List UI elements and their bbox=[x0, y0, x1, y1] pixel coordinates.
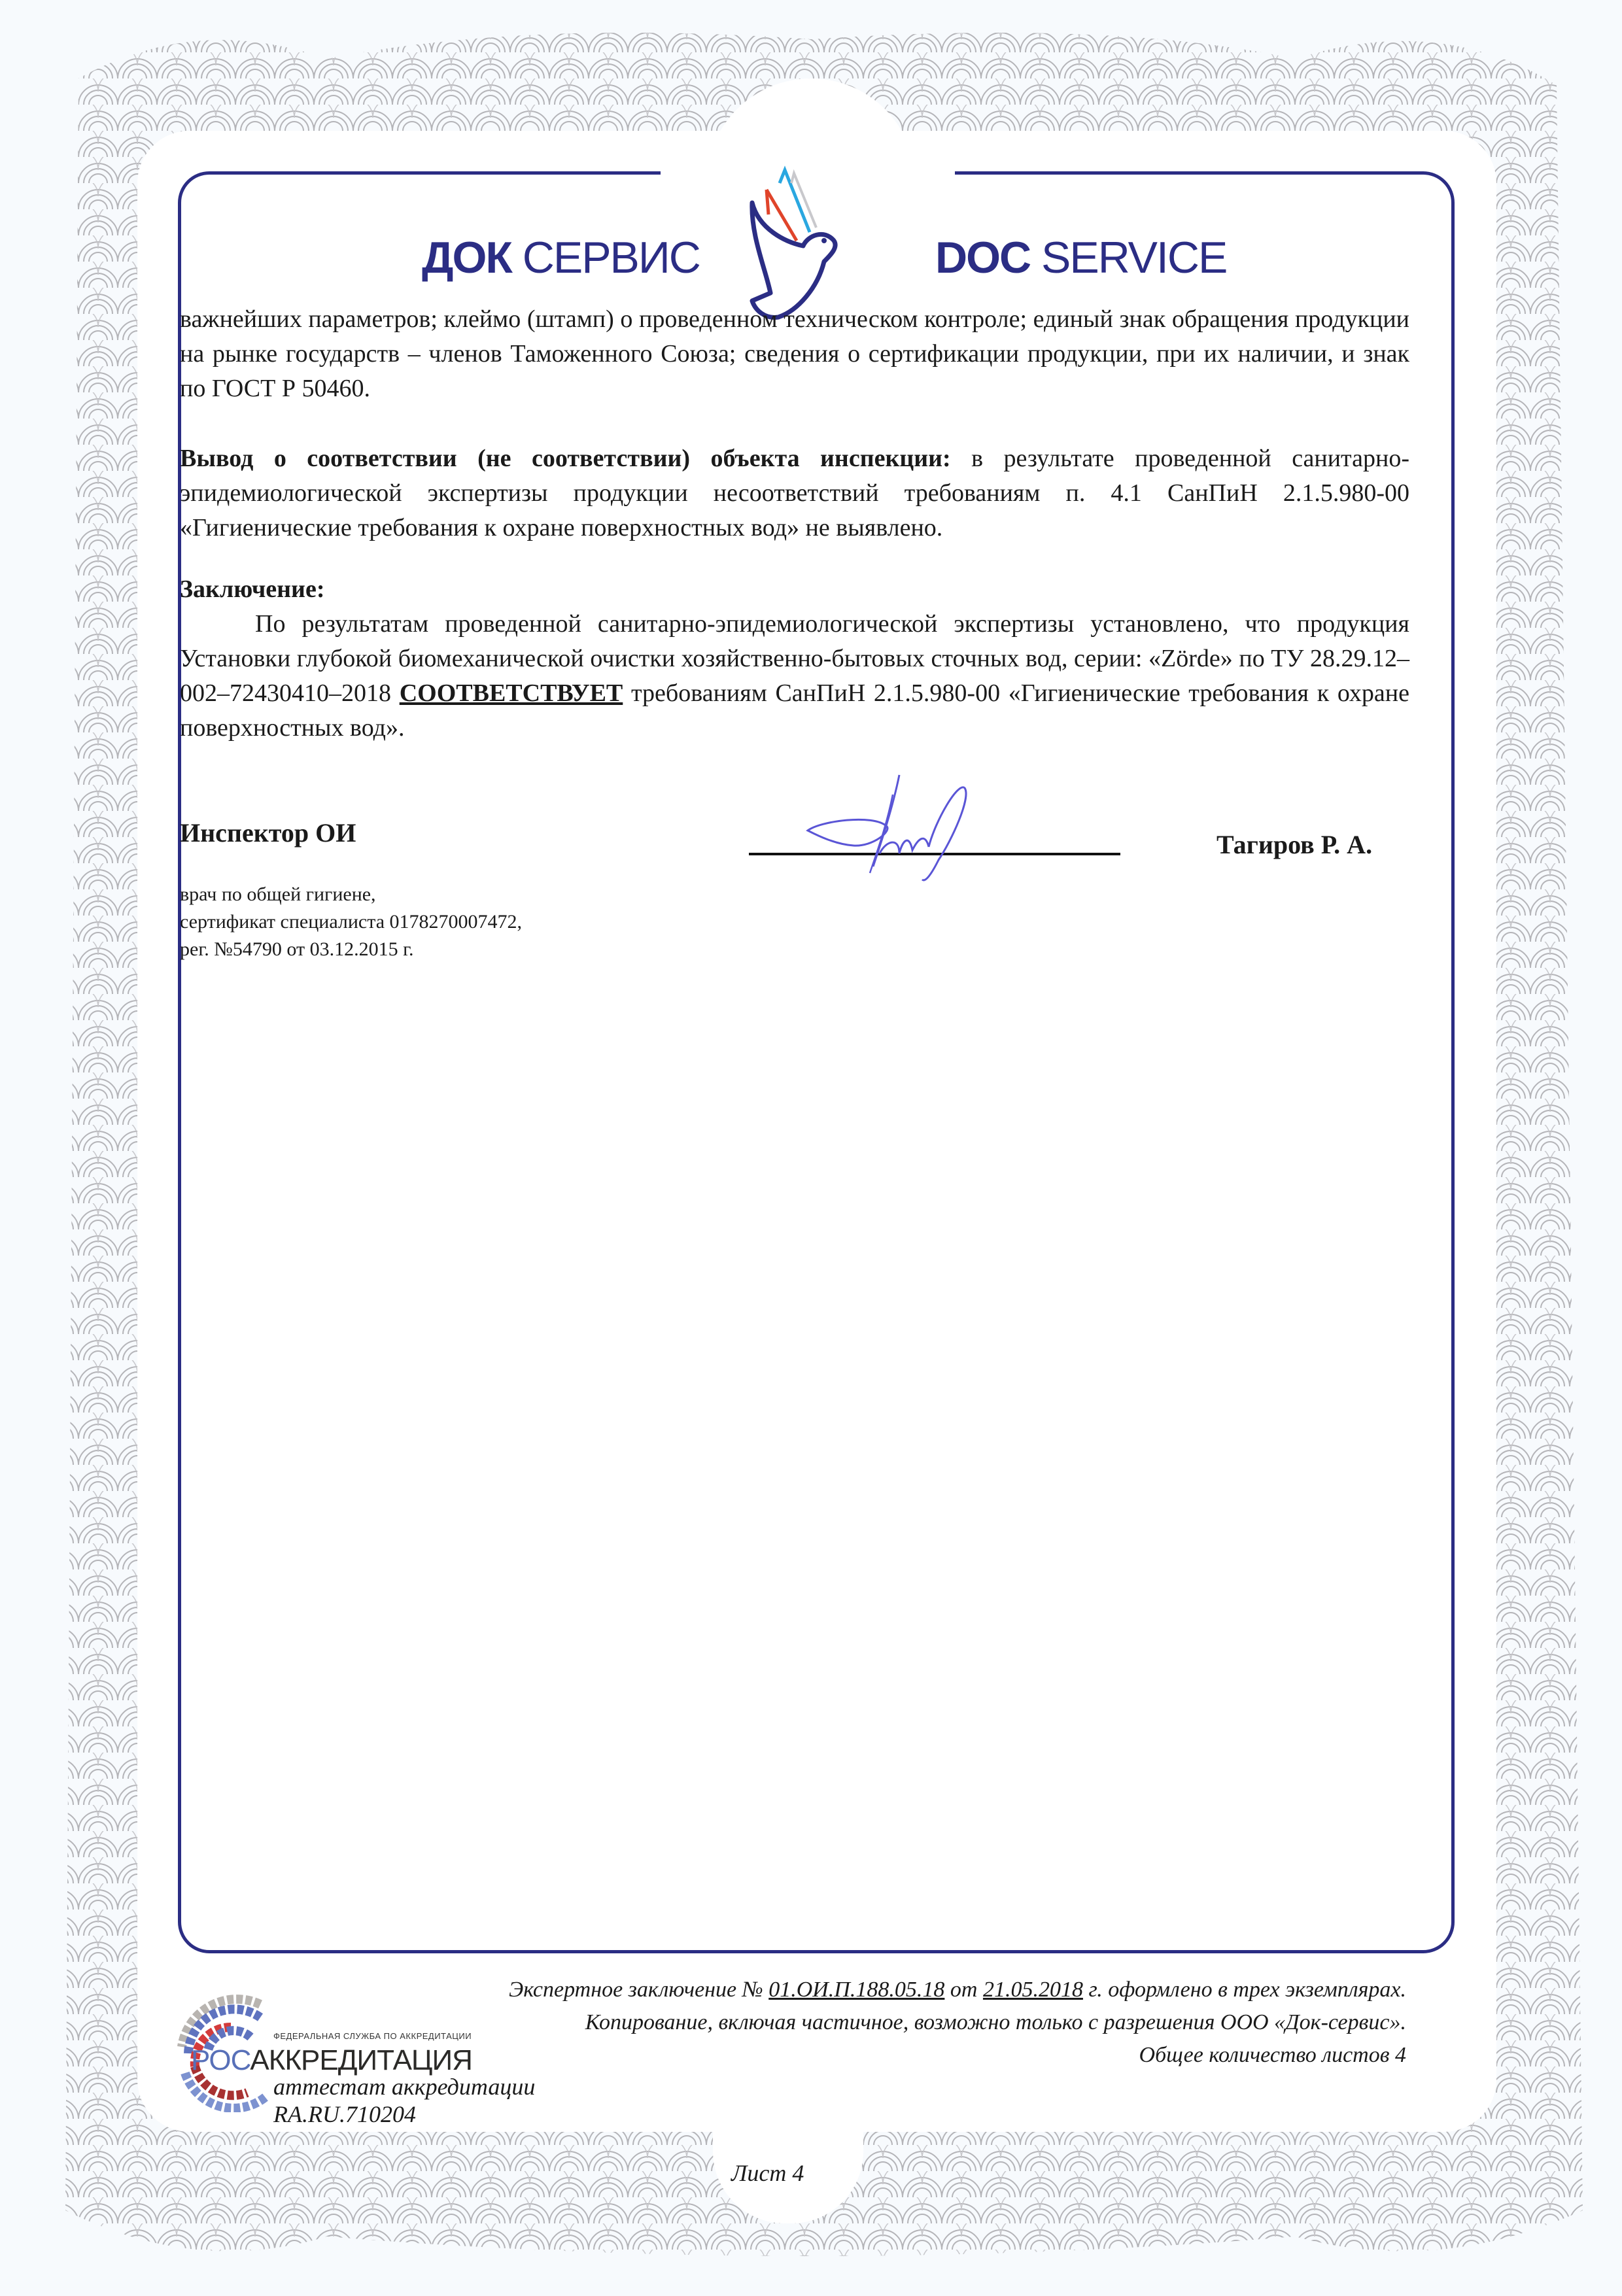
document-date: 21.05.2018 bbox=[983, 1978, 1083, 2002]
conclusion-heading: Заключение: bbox=[180, 572, 1409, 607]
conclusion-verdict: СООТВЕТСТВУЕТ bbox=[400, 679, 623, 707]
credential-line: рег. №54790 от 03.12.2015 г. bbox=[180, 938, 414, 961]
attestat-number: RA.RU.710204 bbox=[273, 2100, 416, 2128]
credential-line: врач по общей гигиене, bbox=[180, 883, 376, 906]
handwritten-signature-icon bbox=[795, 768, 1004, 886]
footer-sheet-count: Общее количество листов 4 bbox=[1139, 2043, 1406, 2068]
conformity-heading: Вывод о соответствии (не соответствии) о… bbox=[180, 445, 951, 472]
logo-text-ru: ДОК СЕРВИС bbox=[422, 232, 700, 283]
accreditation-federal-label: ФЕДЕРАЛЬНАЯ СЛУЖБА ПО АККРЕДИТАЦИИ bbox=[273, 2031, 472, 2041]
paragraph-marking-requirements: важнейших параметров; клеймо (штамп) о п… bbox=[180, 302, 1409, 406]
credential-line: сертификат специалиста 0178270007472, bbox=[180, 910, 522, 934]
accreditation-name: РОСАККРЕДИТАЦИЯ bbox=[191, 2044, 472, 2077]
logo-text-en: DOC SERVICE bbox=[935, 232, 1226, 283]
footer-copy-notice: Копирование, включая частичное, возможно… bbox=[585, 2010, 1406, 2035]
footer-document-reference: Экспертное заключение № 01.ОИ.П.188.05.1… bbox=[509, 1978, 1406, 2002]
signatory-role: Инспектор ОИ bbox=[180, 817, 356, 848]
page-number: Лист 4 bbox=[731, 2159, 804, 2187]
conclusion-section: Заключение: По результатам проведенной с… bbox=[180, 572, 1409, 745]
conclusion-paragraph: По результатам проведенной санитарно-эпи… bbox=[180, 607, 1409, 745]
dove-logo-icon bbox=[726, 163, 863, 320]
conformity-paragraph: Вывод о соответствии (не соответствии) о… bbox=[180, 441, 1409, 545]
document-frame bbox=[178, 171, 1455, 1953]
document-number: 01.ОИ.П.188.05.18 bbox=[768, 1978, 944, 2002]
attestat-label: аттестат аккредитации bbox=[273, 2073, 535, 2100]
signatory-name: Тагиров Р. А. bbox=[1216, 829, 1372, 860]
